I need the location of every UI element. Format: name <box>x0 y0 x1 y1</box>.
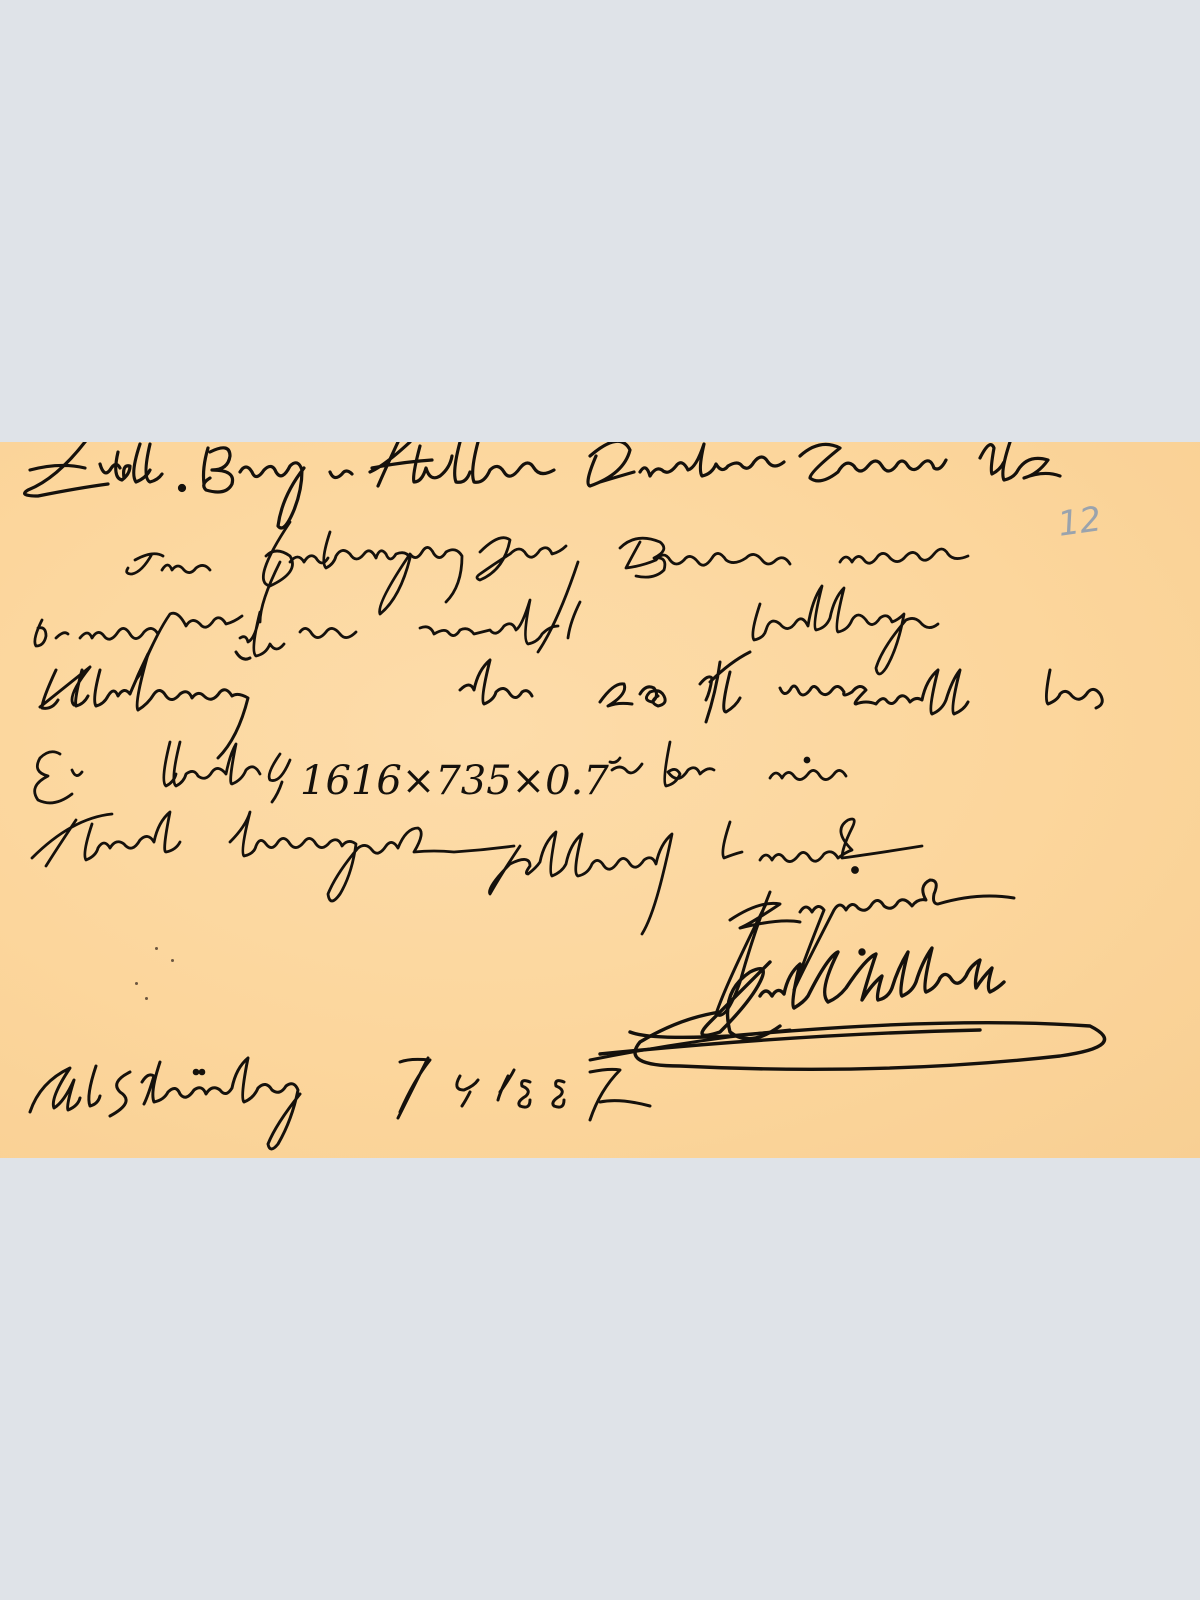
document-viewer: 1616×735×0.7 <box>0 0 1200 1600</box>
paper-speck <box>135 982 138 985</box>
archive-number: 12 <box>1055 499 1103 545</box>
postcard: 1616×735×0.7 <box>0 442 1200 1158</box>
paper-speck <box>145 997 148 1000</box>
paper-speck <box>171 959 174 962</box>
paper-speck <box>155 947 158 950</box>
